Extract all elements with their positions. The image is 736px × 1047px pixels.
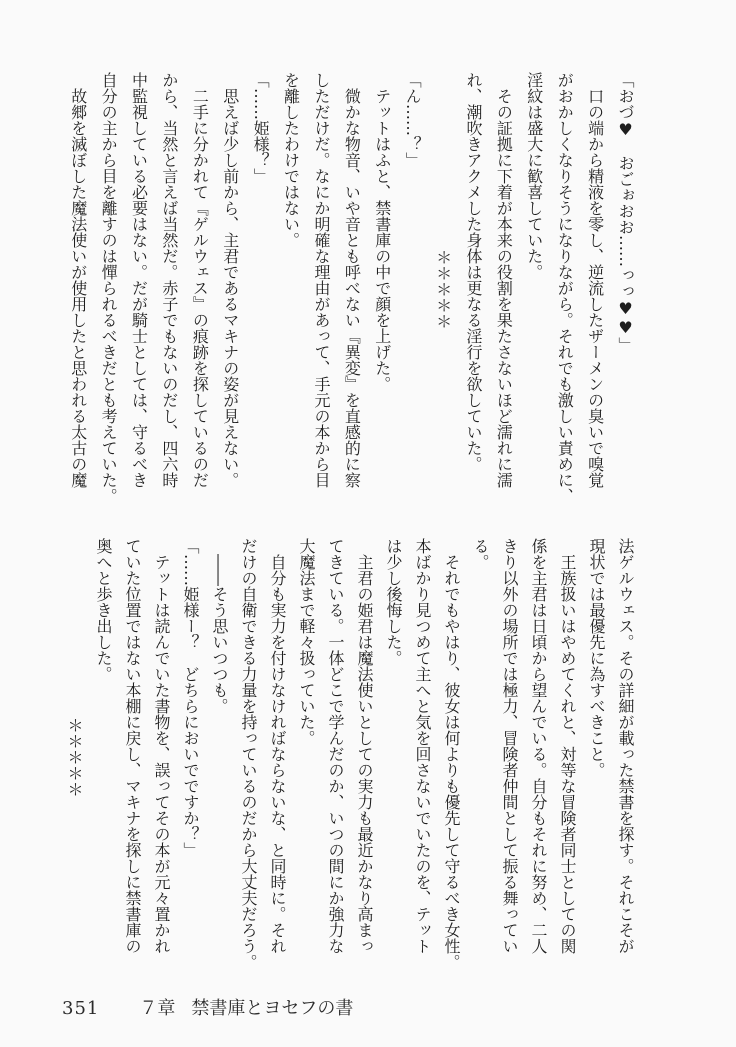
text-line: 王族扱いはやめてくれと、対等な冒険者同士としての関 bbox=[553, 538, 582, 976]
text-line: から、当然と言えば当然だ。赤子でもないのだし、四六時 bbox=[154, 72, 184, 506]
chapter-label: ７章 bbox=[139, 994, 175, 1020]
text-line: がおかしくなりそうになりながら。それでも激しい責めに、 bbox=[549, 72, 579, 506]
text-line: 主君の姫君は魔法使いとしての実力も最近かなり高まっ bbox=[350, 538, 379, 976]
text-line: 淫紋は盛大に歓喜していた。 bbox=[518, 72, 548, 506]
text-line: は少し後悔した。 bbox=[379, 538, 408, 976]
text-line: 係を主君は日頃から望んでいる。自分もそれに努め、二人 bbox=[524, 538, 553, 976]
text-line: 中監視している必要はない。だが騎士としては、守るべき bbox=[123, 72, 153, 506]
scene-separator: ＊＊＊＊＊ bbox=[427, 72, 457, 506]
text-line: 口の端から精液を零し、逆流したザーメンの臭いで嗅覚 bbox=[579, 72, 609, 506]
text-line: 二手に分かれて『ゲルウェス』の痕跡を探しているのだ bbox=[184, 72, 214, 506]
text-line: ていた位置ではない本棚に戻し、マキナを探しに禁書庫の bbox=[118, 538, 147, 976]
text-line: 故郷を滅ぼした魔法使いが使用したと思われる太古の魔 bbox=[62, 72, 92, 506]
text-line: きり以外の場所では極力、冒険者仲間として振る舞ってい bbox=[495, 538, 524, 976]
page-number: 351 bbox=[62, 998, 99, 1019]
text-line: る。 bbox=[466, 538, 495, 976]
text-line: 思えば少し前から、主君であるマキナの姿が見えない。 bbox=[214, 72, 244, 506]
chapter-title: 禁書庫とヨセフの書 bbox=[191, 994, 353, 1020]
page-footer: 351 ７章 禁書庫とヨセフの書 bbox=[62, 994, 353, 1020]
text-line: 本ばかり見つめて主へと気を回さないでいたのを、テット bbox=[408, 538, 437, 976]
text-line: テットはふと、禁書庫の中で顔を上げた。 bbox=[366, 72, 396, 506]
dialogue-line: 「ん……？」 bbox=[397, 72, 427, 506]
text-line: 現状では最優先に為すべきこと。 bbox=[582, 538, 611, 976]
text-line: 法ゲルウェス。その詳細が載った禁書を探す。それこそが bbox=[611, 538, 640, 976]
text-line: 奥へと歩き出した。 bbox=[89, 538, 118, 976]
text-line: しただけだ。なにか明確な理由があって、手元の本から目 bbox=[306, 72, 336, 506]
text-line: だけの自衛できる力量を持っているのだから大丈夫だろう。 bbox=[234, 538, 263, 976]
text-line: 自分も実力を付けなければならないな、と同時に。それ bbox=[263, 538, 292, 976]
text-line: その証拠に下着が本来の役割を果たさないほど濡れに濡 bbox=[488, 72, 518, 506]
text-line: を離したわけではない。 bbox=[275, 72, 305, 506]
text-line: 自分の主から目を離すのは憚られるべきだとも考えていた。 bbox=[93, 72, 123, 506]
text-line: テットは読んでいた書物を、誤ってその本が元々置かれ bbox=[147, 538, 176, 976]
dialogue-line: 「おづ♥ おごぉおお……っっ♥♥」 bbox=[610, 72, 640, 506]
text-line: 微かな物音、いや音とも呼べない『異変』を直感的に察 bbox=[336, 72, 366, 506]
text-line: てきている。一体どこで学んだのか、いつの間にか強力な bbox=[321, 538, 350, 976]
text-block-bottom: 法ゲルウェス。その詳細が載った禁書を探す。それこそが現状では最優先に為すべきこと… bbox=[60, 538, 640, 976]
text-block-top: 「おづ♥ おごぉおお……っっ♥♥」 口の端から精液を零し、逆流したザーメンの臭い… bbox=[62, 72, 640, 506]
text-line: 大魔法まで軽々扱っていた。 bbox=[292, 538, 321, 976]
text-line: れ、潮吹きアクメした身体は更なる淫行を欲していた。 bbox=[458, 72, 488, 506]
text-line: それでもやはり、彼女は何よりも優先して守るべき女性。 bbox=[437, 538, 466, 976]
dialogue-line: 「……姫様ー？ どちらにおいでですか？」 bbox=[176, 538, 205, 976]
text-line: ――そう思いつつも。 bbox=[205, 538, 234, 976]
dialogue-line: 「……姫様？」 bbox=[245, 72, 275, 506]
book-page: 「おづ♥ おごぉおお……っっ♥♥」 口の端から精液を零し、逆流したザーメンの臭い… bbox=[0, 0, 736, 1047]
scene-separator: ＊＊＊＊＊ bbox=[60, 538, 89, 976]
